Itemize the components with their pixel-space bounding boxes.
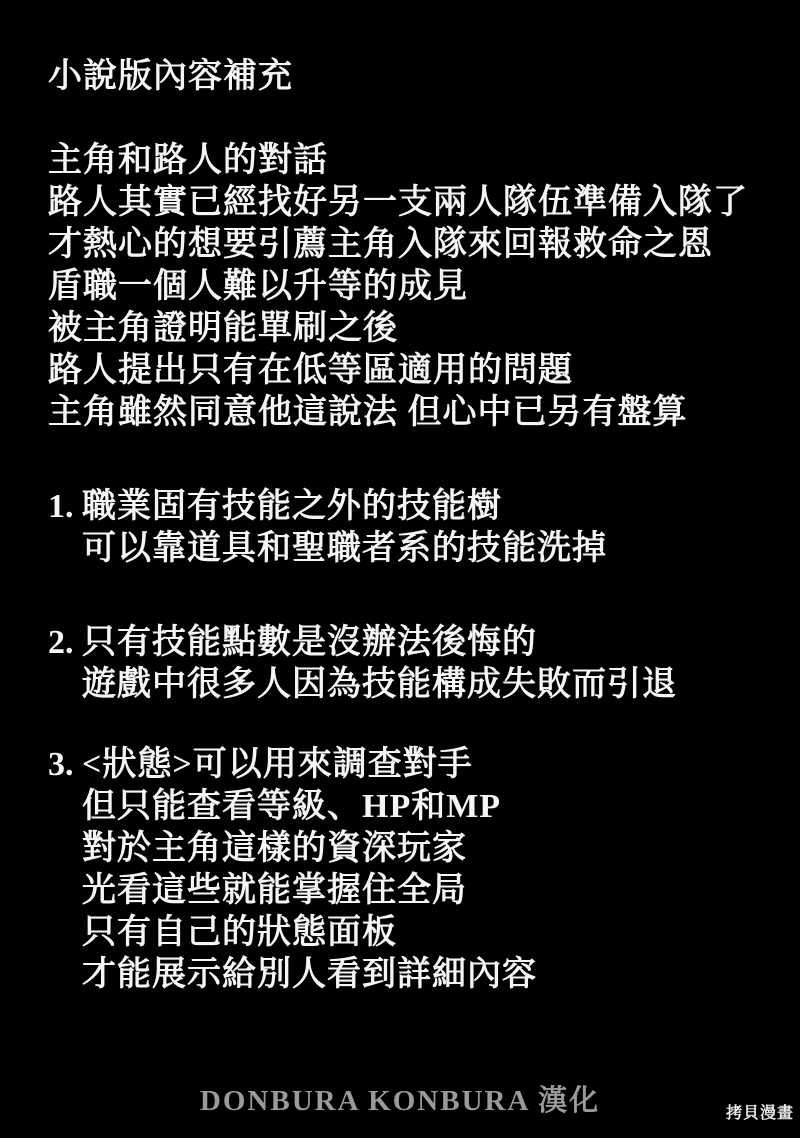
- page-title: 小說版內容補充: [48, 56, 763, 98]
- note-item-2: 2.只有技能點數是沒辦法後悔的 遊戲中很多人因為技能構成失敗而引退: [48, 622, 763, 706]
- paragraph-line: 路人提出只有在低等區適用的問題: [48, 350, 763, 392]
- note-number: 3.: [48, 744, 82, 786]
- note-item-3: 3.<狀態>可以用來調查對手 但只能查看等級、HP和MP 對於主角這樣的資深玩家…: [48, 744, 763, 996]
- paragraph-line: 主角雖然同意他這說法 但心中已另有盤算: [48, 392, 763, 434]
- note-item-1: 1.職業固有技能之外的技能樹 可以靠道具和聖職者系的技能洗掉: [48, 486, 763, 570]
- paragraph-line: 被主角證明能單刷之後: [48, 308, 763, 350]
- site-watermark: 拷貝漫畫: [726, 1104, 794, 1124]
- notes-content: 小說版內容補充 主角和路人的對話 路人其實已經找好另一支兩人隊伍準備入隊了 才熱…: [48, 56, 763, 996]
- paragraph-line: 盾職一個人難以升等的成見: [48, 266, 763, 308]
- note-line: 2.只有技能點數是沒辦法後悔的: [48, 622, 763, 664]
- note-line: 才能展示給別人看到詳細內容: [82, 954, 763, 996]
- note-number: 1.: [48, 486, 82, 528]
- note-line: 只有自己的狀態面板: [82, 912, 763, 954]
- note-line: 但只能查看等級、HP和MP: [82, 786, 763, 828]
- paragraph-line: 主角和路人的對話: [48, 140, 763, 182]
- scanlation-notes-page: 小說版內容補充 主角和路人的對話 路人其實已經找好另一支兩人隊伍準備入隊了 才熱…: [0, 0, 800, 1138]
- note-text: <狀態>可以用來調查對手: [82, 746, 473, 783]
- paragraph-line: 路人其實已經找好另一支兩人隊伍準備入隊了: [48, 182, 763, 224]
- note-line: 可以靠道具和聖職者系的技能洗掉: [82, 528, 763, 570]
- intro-paragraph: 主角和路人的對話 路人其實已經找好另一支兩人隊伍準備入隊了 才熱心的想要引薦主角…: [48, 140, 763, 434]
- note-line: 對於主角這樣的資深玩家: [82, 828, 763, 870]
- note-number: 2.: [48, 622, 82, 664]
- note-line: 1.職業固有技能之外的技能樹: [48, 486, 763, 528]
- note-line: 遊戲中很多人因為技能構成失敗而引退: [82, 664, 763, 706]
- note-text: 只有技能點數是沒辦法後悔的: [82, 624, 537, 661]
- note-line: 光看這些就能掌握住全局: [82, 870, 763, 912]
- scanlation-credit: DONBURA KONBURA 漢化: [0, 1084, 800, 1118]
- note-line: 3.<狀態>可以用來調查對手: [48, 744, 763, 786]
- note-text: 職業固有技能之外的技能樹: [82, 488, 502, 525]
- paragraph-line: 才熱心的想要引薦主角入隊來回報救命之恩: [48, 224, 763, 266]
